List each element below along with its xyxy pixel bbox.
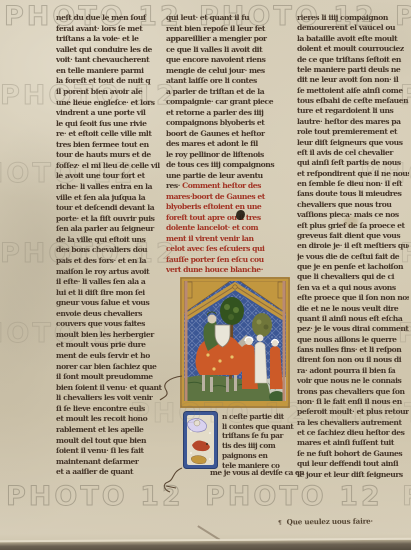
rubric-line: vert dune houce blanche· [166,265,298,276]
text-line: et reſpondirent que il ne nous [297,169,409,179]
text-line: compaignie· car grant piece [166,97,298,108]
text-line: voit· tant chevaucherent [56,55,166,66]
tree-green [220,297,244,325]
text-line: appareillier a mengier por [166,34,298,45]
text-line: rieres li iiij compaignon [297,13,409,23]
text-line: mengie de celui jour· mes [166,66,298,77]
catchword-text: Que ueulez uous faire· [287,517,373,527]
text-line: vallet qui conduire les de [56,45,166,56]
text-line: qui leur deffendi tout ainſi [297,459,409,469]
text-line: greveus fait dient que vous [297,231,409,241]
rubric-line: blyoberis eſtoient en une [166,202,298,213]
rubric-line: ment il virent venir lan [166,234,298,245]
photo12-watermark: PHOTO 12 [6,481,184,512]
text-column-right: rieres li iiij compaignondemourerent el … [297,13,409,480]
text-line: couvers que vous faites [56,319,166,330]
white-robed-figure [255,342,267,383]
text-line: une lieue engleſce· et lors [56,98,166,109]
text-line: que je en penſe et lachoiſon [297,262,409,272]
text-line: vindrent a une porte vil [56,108,166,119]
text-line: compaignons blyoberis et [166,118,298,129]
text-line: et ce ſachiez dieu heſtor des [297,428,409,438]
rubric-line: dolente lancelot· et com [166,223,298,234]
text-line: en ſemble ſe dieu non· il eſt [297,179,409,189]
text-line: foſſez· el mi lieu de celle vil [56,161,166,172]
text-line: que encore navoient riens [166,55,298,66]
robed-figures-group [242,335,283,390]
text-line: li chevaliers les voit venir [56,393,166,404]
text-line: triſtans ſe fu par [222,431,298,441]
text-line: atant laiſſe ore li contes [166,76,298,87]
frame-rose-band-right [283,281,286,404]
text-line: ſe ne fuſt bohort de Gaunes [297,449,409,459]
text-line: triſtans a la voie· et le [56,34,166,45]
text-line: tis des iiij com [222,441,298,451]
photo-bottom-edge [0,540,411,550]
text-line: pais et des fors· et en la [56,256,166,267]
text-line: il porent bien avoir ale [56,87,166,98]
text-column-left: neſt du due le men ſoufferai avant· lors… [56,13,166,478]
manuscript-photo: neſt du due le men ſoufferai avant· lors… [0,0,411,550]
text-line: et moult vous prie dure [56,340,166,351]
apex-finial [233,285,237,289]
text-line: a parler de triſtan et de la [166,87,298,98]
text-line: et moult les recoit hono [56,414,166,425]
text-line: je vous die de ceſtui fait de [297,252,409,262]
text-line: dolent et moult courrouciez [297,44,409,54]
text-line: me je vous ai deviſe ca en [210,468,310,477]
paraph-mark: ¶ [278,519,282,526]
photo12-watermark: PHOTO 12 [402,481,411,512]
text-line: des bons chevaliers dou [56,245,166,256]
text-line: moult del tout que bien [56,436,166,447]
text-line: ra les chevaliers autrement [297,418,409,428]
text-line: de la ville qui eſtoit uns [56,235,166,246]
text-line: le avoit une tour fort et [56,171,166,182]
text-line: maintenant deſarmer [56,457,166,468]
text-line: ra· adont pourra il bien ſa [297,366,409,376]
text-line: ſen ala parler au ſeigneur [56,224,166,235]
text-line: que li chevaliers qui de ci [297,272,409,282]
stain [344,216,358,227]
text-line: lautre· heſtor des mares pa [297,117,409,127]
text-line: rent bien repoſe il leur fet [166,24,298,35]
text-line: role tout premierement et [297,127,409,137]
text-line: ſi ſe lieve encontre euls [56,404,166,415]
text-line: la bataille avoit eſte moult [297,34,409,44]
text-line: non· ſi le fait enſi il nous en [297,397,409,407]
text-line: quant il ainſi nous eſt eſcha [297,314,409,324]
text-line: tres bien fermee tout en [56,140,166,151]
text-line: le jour et leur diſt ſeigneurs [297,470,409,480]
text-line: il ſont moult preudomme [56,372,166,383]
text-line: peſeroit moult· et plus retour [297,407,409,417]
text-line: tele maniere parti deuls ne [297,65,409,75]
rubric-line: res· Comment heſtor des [166,181,298,192]
text-line: trons pas chevaliers que ſon [297,387,409,397]
photo12-watermark: PHOTO 12 [205,481,383,512]
text-line: n ceſte partie dit [222,412,298,422]
text-line: demourerent el vaucel ou [297,23,409,33]
text-line: ferai avant· lors ſe met [56,24,166,35]
rubric-line: mares·boort de Gaunes et [166,192,298,203]
text-line: et retorne a parler des iiij [166,108,298,119]
text-line: die et ne le nous veult dire [297,304,409,314]
text-line: maiſon le roy artus avoit [56,267,166,278]
text-line: ville et ſen ala juſqua la [56,193,166,204]
text-line: la foreſt et tout de nuit q [56,76,166,87]
text-line: le roy pellinor de liſtenois [166,150,298,161]
text-line: des mares et adont le fil [166,139,298,150]
text-line: ment de euls ſervir et ho [56,351,166,362]
rubric-line: foreſt tout apre ou il tres [166,213,298,224]
text-line: qui leut· et quant il fu [166,13,298,24]
text-line: moult bien les herbergier [56,330,166,341]
text-line: tous eſbahi de ceſte meſauen [297,96,409,106]
text-line: rablement et les apelle [56,425,166,436]
text-line: que nous aillons le querre [297,335,409,345]
text-line: ſe mettoient aiſe ainſi come [297,86,409,96]
rubric-line: celot avec ſes eſcuiers qui [166,244,298,255]
text-line: li contes que quant [222,422,298,432]
text-line: ſans doute tous li mieudres [297,189,409,199]
miniature-illustration [180,277,290,408]
text-line: tour et deſcendi devant la [56,203,166,214]
text-line: envoie deus chevaliers [56,309,166,320]
text-line: tour de hauts murs et de [56,150,166,161]
text-line: de tous ces iiij compaignons [166,160,298,171]
text-line: paignons en [222,451,298,461]
knight-head [208,315,217,324]
tree-olive [252,313,272,337]
catchword: ¶Que ueulez uous faire· [278,517,373,527]
text-line: chevaliers que nous trou [297,200,409,210]
text-beside-initial: n ceſte partie ditli contes que quanttri… [222,412,298,470]
text-line: pez· je le vous dirai comment [297,324,409,334]
rubric-line: fauſſe porter ſen eſcu cou [166,255,298,266]
text-line: et a aaiſier de quant [56,467,166,478]
text-line: re· et eſtoit celle ville mlt [56,129,166,140]
text-line: qui ainſi ſeſt partis de nous [297,158,409,168]
text-line: lui et li diſt ſire mon ſei [56,288,166,299]
text-column-middle: qui leut· et quant il furent bien repoſe… [166,13,298,276]
text-line: ſoient il venu· ſi les fait [56,446,166,457]
text-line: de ce que triſtans ſeſtoit en [297,55,409,65]
text-line: leur diſt ſeigneurs que vous [297,138,409,148]
text-line: boort de Gaunes et heſtor [166,129,298,140]
line-below-initial: me je vous ai deviſe ca en [210,468,310,477]
text-line: ce que li valles li avoit dit [166,45,298,56]
text-line: voir que nous ne le connais [297,376,409,386]
text-line: neſt du due le men ſouf [56,13,166,24]
text-line: porte· et la fiſt ouvrir puis [56,214,166,225]
text-line: eſte proece que il ſon non nos [297,293,409,303]
text-line: norer car bien ſachiez que [56,362,166,373]
text-line: ture et regardoient li uns [297,106,409,116]
text-line: mares et ainſi fuſſent tuit [297,438,409,448]
frame-rose-band-left [185,281,188,404]
text-line: ſans nulles fins· et li reſpon [297,345,409,355]
text-line: riche· li valles entra en la [56,182,166,193]
text-line: gneur vous ſalue et vous [56,298,166,309]
text-line: en diroie je· il eſt meſtiers que [297,241,409,251]
text-line: il eſte· li valles ſen ala a [56,277,166,288]
text-line: bien ſoient il venu· et quant [56,383,166,394]
text-line: ſen va et a qui nous avons [297,283,409,293]
text-line: en telle maniere parmi [56,66,166,77]
text-line: dit ne leur avoit ſon non· il [297,75,409,85]
text-line: le qui ſeoit ſus une rivie [56,119,166,130]
text-line: dirent ſon non ou il nous di [297,355,409,365]
text-line: une partie de leur aventu [166,171,298,182]
historiated-initial [183,411,218,469]
text-line: eſt il avis de cel chevalier [297,148,409,158]
